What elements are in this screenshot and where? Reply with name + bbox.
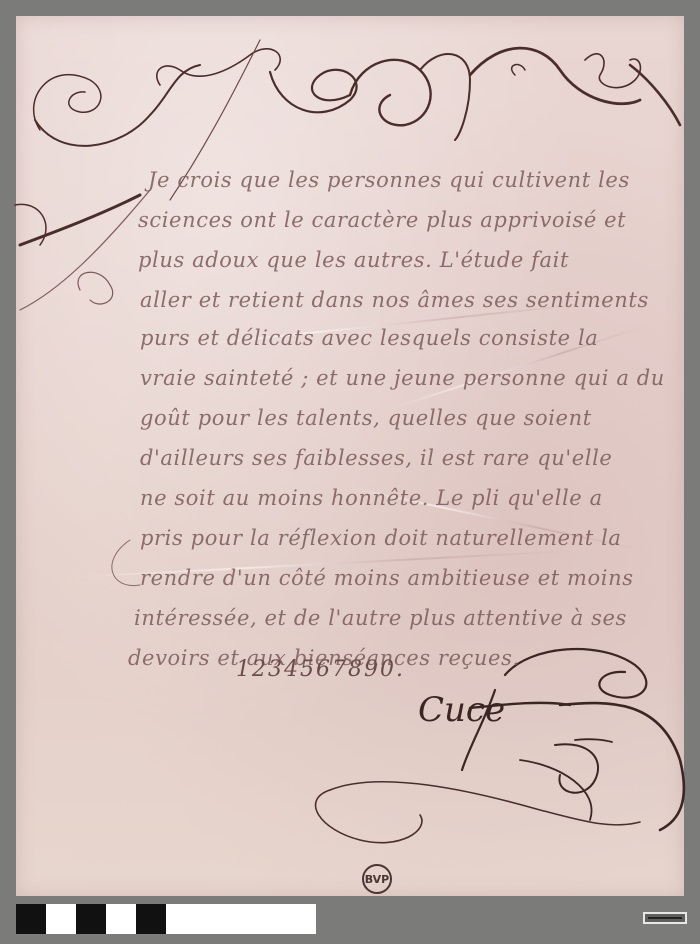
measurement-ruler-icon [643, 912, 687, 924]
scale-segment-white [46, 904, 76, 934]
manuscript-line: vraie sainteté ; et une jeune personne q… [140, 366, 665, 390]
numeral-sequence: 1234567890. [236, 657, 405, 682]
manuscript-line: plus adoux que les autres. L'étude fait [138, 248, 569, 272]
stamp-text: BVP [365, 873, 390, 886]
scale-segment-white [166, 904, 316, 934]
scale-segment-white [106, 904, 136, 934]
manuscript-line: aller et retient dans nos âmes ses senti… [140, 288, 649, 312]
manuscript-line: purs et délicats avec lesquels consiste … [140, 326, 598, 350]
manuscript-line: pris pour la réflexion doit naturellemen… [140, 526, 622, 550]
manuscript-line: Je crois que les personnes qui cultivent… [148, 168, 630, 192]
scale-segment-black [76, 904, 106, 934]
manuscript-line: ne soit au moins honnête. Le pli qu'elle… [140, 486, 603, 510]
manuscript-line: goût pour les talents, quelles que soien… [140, 406, 592, 430]
manuscript-line: intéressée, et de l'autre plus attentive… [134, 606, 627, 630]
color-scale-bar [16, 904, 316, 934]
library-stamp-icon: BVP [362, 864, 392, 894]
scale-segment-black [136, 904, 166, 934]
scale-segment-black [16, 904, 46, 934]
manuscript-line: d'ailleurs ses faiblesses, il est rare q… [140, 446, 612, 470]
manuscript-line: rendre d'un côté moins ambitieuse et moi… [140, 566, 634, 590]
manuscript-line: sciences ont le caractère plus apprivois… [138, 208, 626, 232]
signature: Cuce [418, 690, 505, 730]
